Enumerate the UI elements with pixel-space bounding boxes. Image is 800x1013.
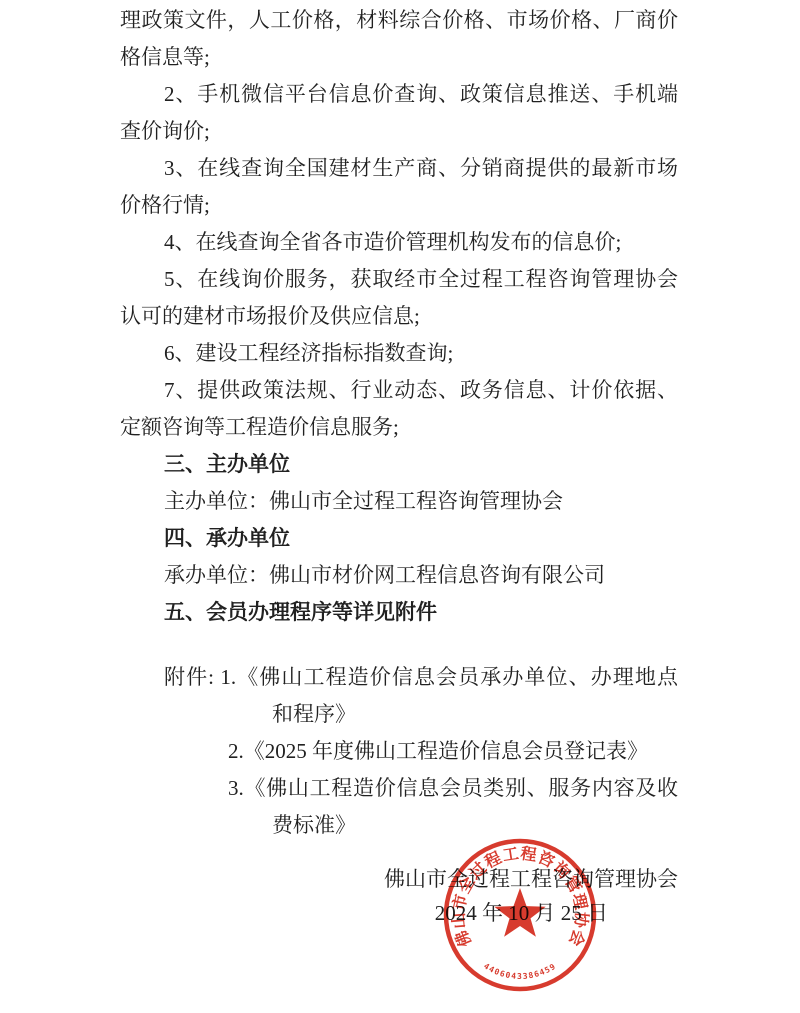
text-line: 三、主办单位: [120, 446, 678, 483]
text-line: 3.《佛山工程造价信息会员类别、服务内容及收: [120, 770, 678, 807]
document-body: 理政策文件，人工价格，材料综合价格、市场价格、厂商价格信息等;2、手机微信平台信…: [120, 2, 678, 844]
signature-date: 2024 年 10 月 25 日: [0, 896, 800, 930]
text-line: 7、提供政策法规、行业动态、政务信息、计价依据、: [120, 372, 678, 409]
text-line: 四、承办单位: [120, 520, 678, 557]
text-line: 格信息等;: [120, 39, 678, 76]
signature-org: 佛山市全过程工程咨询管理协会: [0, 862, 800, 896]
seal-code-text: 4406043386459: [482, 961, 558, 981]
text-line: 2.《2025 年度佛山工程造价信息会员登记表》: [120, 733, 678, 770]
text-line: 理政策文件，人工价格，材料综合价格、市场价格、厂商价: [120, 2, 678, 39]
text-line: 6、建设工程经济指标指数查询;: [120, 335, 678, 372]
signature-block: 佛山市全过程工程咨询管理协会 2024 年 10 月 25 日: [0, 862, 800, 930]
text-line: 五、会员办理程序等详见附件: [120, 594, 678, 631]
text-line: 主办单位：佛山市全过程工程咨询管理协会: [120, 483, 678, 520]
text-line: 认可的建材市场报价及供应信息;: [120, 298, 678, 335]
text-line: 和程序》: [120, 696, 678, 733]
text-line: 附件: 1.《佛山工程造价信息会员承办单位、办理地点: [120, 659, 678, 696]
svg-text:4406043386459: 4406043386459: [482, 961, 558, 981]
text-line: 4、在线查询全省各市造价管理机构发布的信息价;: [120, 224, 678, 261]
text-line: 3、在线查询全国建材生产商、分销商提供的最新市场: [120, 150, 678, 187]
text-line: 承办单位：佛山市材价网工程信息咨询有限公司: [120, 557, 678, 594]
text-line: 费标准》: [120, 807, 678, 844]
text-line: 定额咨询等工程造价信息服务;: [120, 409, 678, 446]
document-page: 理政策文件，人工价格，材料综合价格、市场价格、厂商价格信息等;2、手机微信平台信…: [0, 0, 800, 1013]
paragraph-spacer: [120, 631, 678, 659]
text-line: 5、在线询价服务，获取经市全过程工程咨询管理协会: [120, 261, 678, 298]
text-line: 2、手机微信平台信息价查询、政策信息推送、手机端: [120, 76, 678, 113]
text-line: 查价询价;: [120, 113, 678, 150]
text-line: 价格行情;: [120, 187, 678, 224]
